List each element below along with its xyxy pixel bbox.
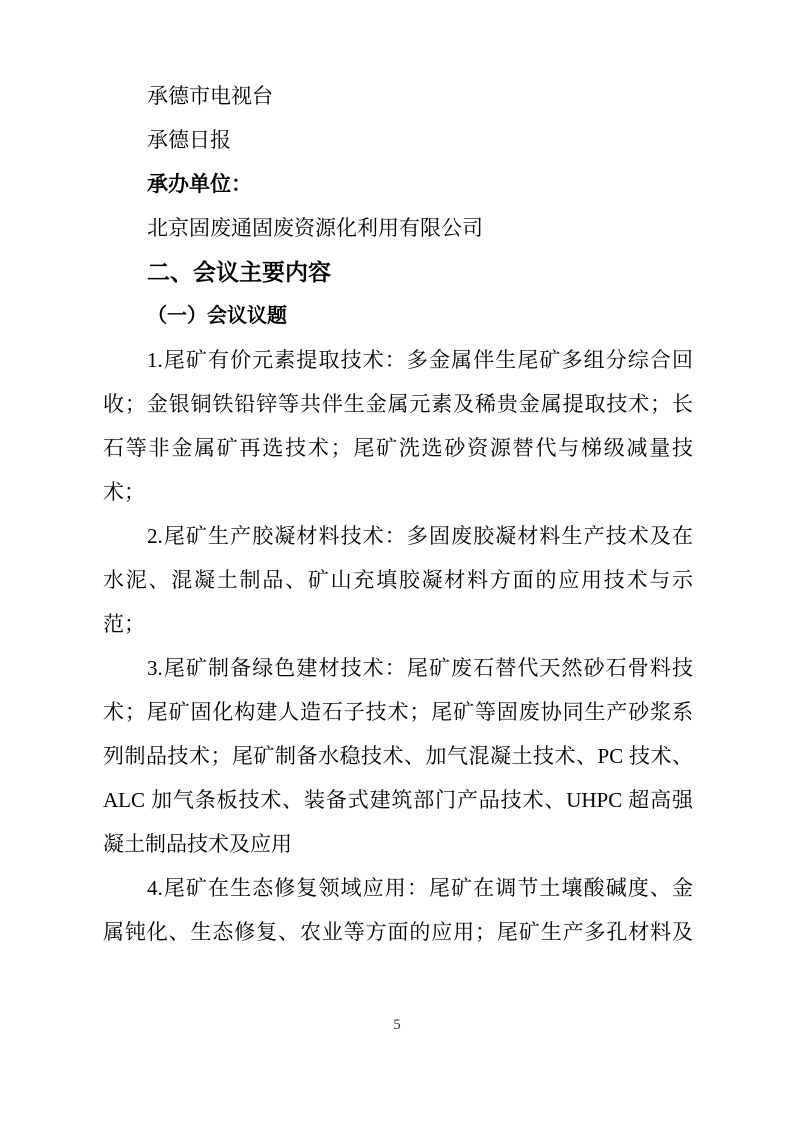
subsection-heading: （一）会议议题 (103, 294, 693, 338)
doc-line-topic3: ALC 加气条板技术、装备式建筑部门产品技术、UHPC 超高强混 (103, 778, 693, 822)
doc-line-topic1: 收；金银铜铁铅锌等共伴生金属元素及稀贵金属提取技术；长 (103, 382, 693, 426)
doc-line-media-item: 承德日报 (103, 118, 693, 162)
document-page: 承德市电视台 承德日报 承办单位： 北京固废通固废资源化利用有限公司 二、会议主… (0, 0, 794, 1123)
doc-line-topic3: 凝土制品技术及应用 (103, 822, 693, 866)
doc-line-organizer-label: 承办单位： (103, 162, 693, 206)
document-body: 承德市电视台 承德日报 承办单位： 北京固废通固废资源化利用有限公司 二、会议主… (103, 74, 693, 954)
doc-line-topic2: 2.尾矿生产胶凝材料技术：多固废胶凝材料生产技术及在 (103, 514, 693, 558)
doc-line-topic4: 4.尾矿在生态修复领域应用：尾矿在调节土壤酸碱度、金 (103, 866, 693, 910)
doc-line-topic1: 术； (103, 470, 693, 514)
section-heading: 二、会议主要内容 (103, 250, 693, 294)
doc-line-topic2: 范； (103, 602, 693, 646)
doc-line-topic1: 1.尾矿有价元素提取技术：多金属伴生尾矿多组分综合回 (103, 338, 693, 382)
doc-line-topic4: 属钝化、生态修复、农业等方面的应用；尾矿生产多孔材料及 (103, 910, 693, 954)
doc-line-topic1: 石等非金属矿再选技术；尾矿洗选砂资源替代与梯级减量技 (103, 426, 693, 470)
doc-line-topic3: 列制品技术；尾矿制备水稳技术、加气混凝土技术、PC 技术、 (103, 734, 693, 778)
page-footer: 5 (0, 1016, 794, 1034)
doc-line-organizer-name: 北京固废通固废资源化利用有限公司 (103, 206, 693, 250)
page-number: 5 (393, 1017, 401, 1033)
doc-line-topic3: 3.尾矿制备绿色建材技术：尾矿废石替代天然砂石骨料技 (103, 646, 693, 690)
doc-line-topic3: 术；尾矿固化构建人造石子技术；尾矿等固废协同生产砂浆系 (103, 690, 693, 734)
doc-line-topic2: 水泥、混凝土制品、矿山充填胶凝材料方面的应用技术与示 (103, 558, 693, 602)
doc-line-media-item: 承德市电视台 (103, 74, 693, 118)
